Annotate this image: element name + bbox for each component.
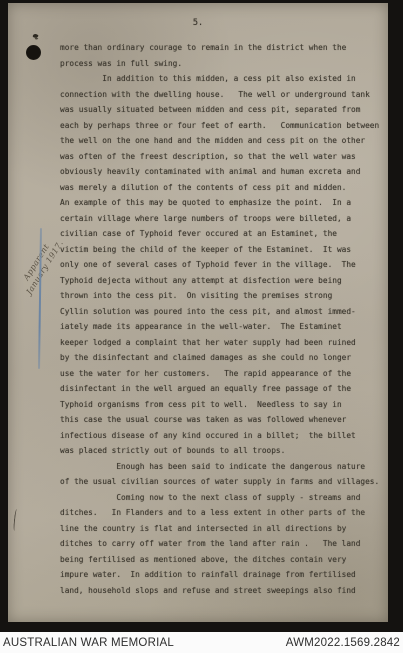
typed-line: by the disinfectant and claimed damages … [60,350,379,366]
accession-number: AWM2022.1569.2842 [286,637,400,649]
typed-line: this case the usual course was taken as … [60,412,379,428]
typed-line: connection with the dwelling house. The … [60,87,379,103]
typed-line: only one of several cases of Typhoid fev… [60,257,379,273]
typed-line: victim being the child of the keeper of … [60,242,379,258]
typed-line: was merely a dilution of the contents of… [60,180,379,196]
typed-line: An example of this may be quoted to emph… [60,195,379,211]
typed-line: being fertilised as mentioned above, the… [60,552,379,568]
typed-line: disinfectant in the well argued an equal… [60,381,379,397]
typed-line: Enough has been said to indicate the dan… [60,459,379,475]
archive-name: AUSTRALIAN WAR MEMORIAL [3,637,174,649]
typed-line: obviously heavily contaminated with anim… [60,164,379,180]
scanned-page: 5. Apparent January 1917. more than ordi… [8,3,388,622]
typed-line: Typhoid organisms from cess pit to well.… [60,397,379,413]
typed-line: ditches to carry off water from the land… [60,536,379,552]
typed-line: keeper lodged a complaint that her water… [60,335,379,351]
archive-footer: AUSTRALIAN WAR MEMORIAL AWM2022.1569.284… [0,632,403,653]
typed-line: the well on the one hand and the midden … [60,133,379,149]
page-number: 5. [8,18,388,28]
typed-line: more than ordinary courage to remain in … [60,40,379,56]
typed-line: was often of the freest description, so … [60,149,379,165]
typed-line: Typhoid dejecta without any attempt at d… [60,273,379,289]
typed-line: Coming now to the next class of supply -… [60,490,379,506]
typed-line: thrown into the cess pit. On visiting th… [60,288,379,304]
typed-line: use the water for her customers. The rap… [60,366,379,382]
typed-line: Cyllin solution was poured into the cess… [60,304,379,320]
typed-line: infectious disease of any kind occured i… [60,428,379,444]
typed-line: In addition to this midden, a cess pit a… [60,71,379,87]
typed-line: line the country is flat and intersected… [60,521,379,537]
ink-speck [32,33,38,39]
typed-line: was usually situated between midden and … [60,102,379,118]
typed-line: each by perhaps three or four feet of ea… [60,118,379,134]
typed-line: ditches. In Flanders and to a less exten… [60,505,379,521]
typed-line: civilian case of Typhoid fever occured a… [60,226,379,242]
pen-stroke-mark [13,509,19,531]
typed-line: iately made its appearance in the well-w… [60,319,379,335]
typed-line: was placed strictly out of bounds to all… [60,443,379,459]
typed-text-block: more than ordinary courage to remain in … [60,40,379,598]
typed-line: land, household slops and refuse and str… [60,583,379,599]
typed-line: process was in full swing. [60,56,379,72]
typed-line: of the usual civilian sources of water s… [60,474,379,490]
typed-line: certain village where large numbers of t… [60,211,379,227]
typed-line: impure water. In addition to rainfall dr… [60,567,379,583]
punch-hole [26,45,41,60]
